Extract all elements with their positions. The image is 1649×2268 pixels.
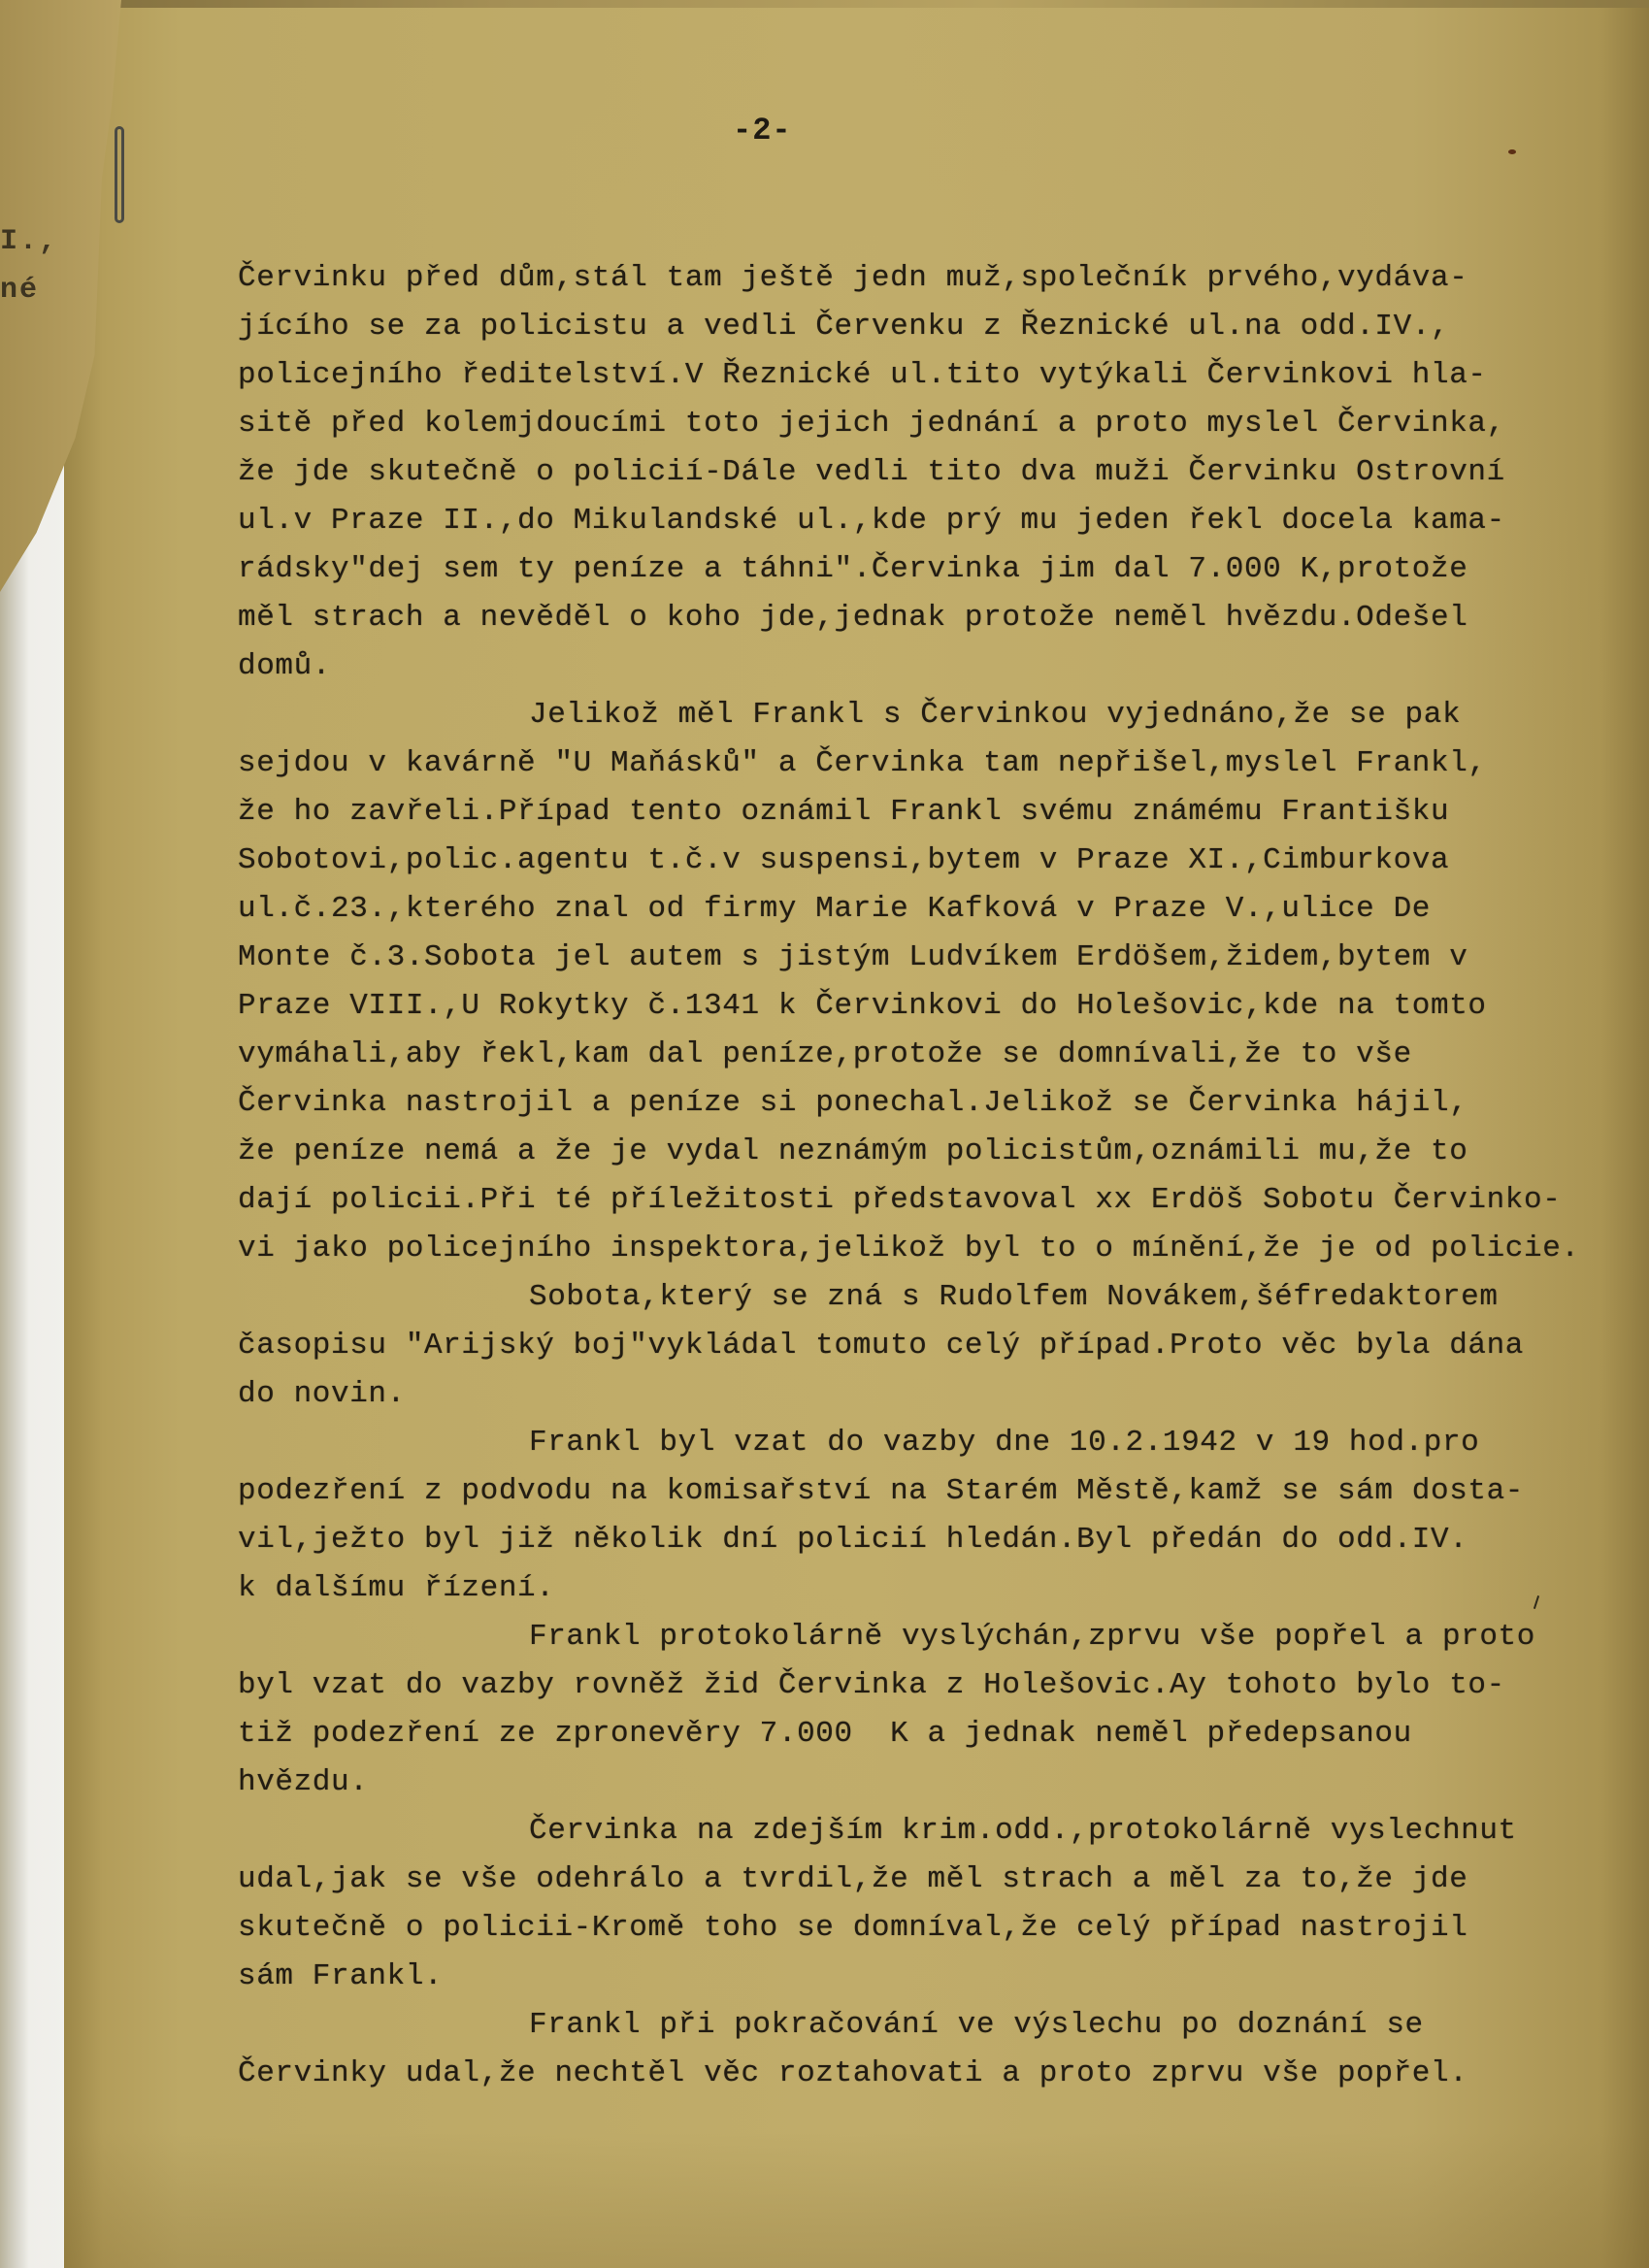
text-line: sitě před kolemjdoucími toto jejich jedn…: [238, 400, 1597, 448]
paragraph-start-line: Frankl při pokračování ve výslechu po do…: [238, 2001, 1597, 2050]
text-line: časopisu "Arijský boj"vykládal tomuto ce…: [238, 1322, 1597, 1370]
paragraph-start-line: Sobota,který se zná s Rudolfem Novákem,š…: [238, 1273, 1597, 1322]
text-line: sejdou v kavárně "U Maňásků" a Červinka …: [238, 740, 1597, 788]
text-line: dají policii.Při té příležitosti předsta…: [238, 1176, 1597, 1225]
text-line: do novin.: [238, 1370, 1597, 1419]
text-line: Monte č.3.Sobota jel autem s jistým Ludv…: [238, 934, 1597, 982]
paragraph-start-line: Jelikož měl Frankl s Červinkou vyjednáno…: [238, 691, 1597, 740]
text-line: Sobotovi,polic.agentu t.č.v suspensi,byt…: [238, 837, 1597, 885]
text-line: že peníze nemá a že je vydal neznámým po…: [238, 1128, 1597, 1176]
margin-fragment-line: I.,: [0, 225, 58, 258]
text-line: skutečně o policii-Kromě toho se domníva…: [238, 1904, 1597, 1953]
text-line: udal,jak se vše odehrálo a tvrdil,že měl…: [238, 1856, 1597, 1904]
text-line: jícího se za policistu a vedli Červenku …: [238, 303, 1597, 351]
text-line: měl strach a nevěděl o koho jde,jednak p…: [238, 594, 1597, 642]
paragraph-start-line: Frankl byl vzat do vazby dne 10.2.1942 v…: [238, 1419, 1597, 1467]
text-line: k dalšímu řízení.: [238, 1564, 1597, 1613]
text-line: podezření z podvodu na komisařství na St…: [238, 1467, 1597, 1516]
scan-top-edge: [0, 0, 1649, 8]
text-line: rádsky"dej sem ty peníze a táhni".Červin…: [238, 545, 1597, 594]
text-line: Červinka nastrojil a peníze si ponechal.…: [238, 1079, 1597, 1128]
text-line: Červinku před dům,stál tam ještě jedn mu…: [238, 254, 1597, 303]
document-body: Červinku před dům,stál tam ještě jedn mu…: [238, 254, 1597, 2098]
text-line: Červinky udal,že nechtěl věc roztahovati…: [238, 2050, 1597, 2098]
margin-fragment-line: né: [0, 274, 39, 307]
text-line: byl vzat do vazby rovněž žid Červinka z …: [238, 1661, 1597, 1710]
text-line: domů.: [238, 642, 1597, 691]
paragraph-start-line: Červinka na zdejším krim.odd.,protokolár…: [238, 1807, 1597, 1856]
text-line: tiž podezření ze zpronevěry 7.000 K a je…: [238, 1710, 1597, 1759]
text-line: vil,ježto byl již několik dní policií hl…: [238, 1516, 1597, 1564]
text-line: sám Frankl.: [238, 1953, 1597, 2001]
paper-speck: [1508, 149, 1516, 154]
text-line: Praze VIII.,U Rokytky č.1341 k Červinkov…: [238, 982, 1597, 1031]
staple-icon: [115, 126, 124, 223]
page-number: -2-: [733, 113, 792, 148]
text-line: ul.č.23.,kterého znal od firmy Marie Kaf…: [238, 885, 1597, 934]
paragraph-start-line: Frankl protokolárně vyslýchán,zprvu vše …: [238, 1613, 1597, 1661]
text-line: vi jako policejního inspektora,jelikož b…: [238, 1225, 1597, 1273]
text-line: policejního ředitelství.V Řeznické ul.ti…: [238, 351, 1597, 400]
text-line: že jde skutečně o policií-Dále vedli tit…: [238, 448, 1597, 497]
text-line: že ho zavřeli.Případ tento oznámil Frank…: [238, 788, 1597, 837]
text-line: hvězdu.: [238, 1759, 1597, 1807]
text-line: ul.v Praze II.,do Mikulandské ul.,kde pr…: [238, 497, 1597, 545]
text-line: vymáhali,aby řekl,kam dal peníze,protože…: [238, 1031, 1597, 1079]
